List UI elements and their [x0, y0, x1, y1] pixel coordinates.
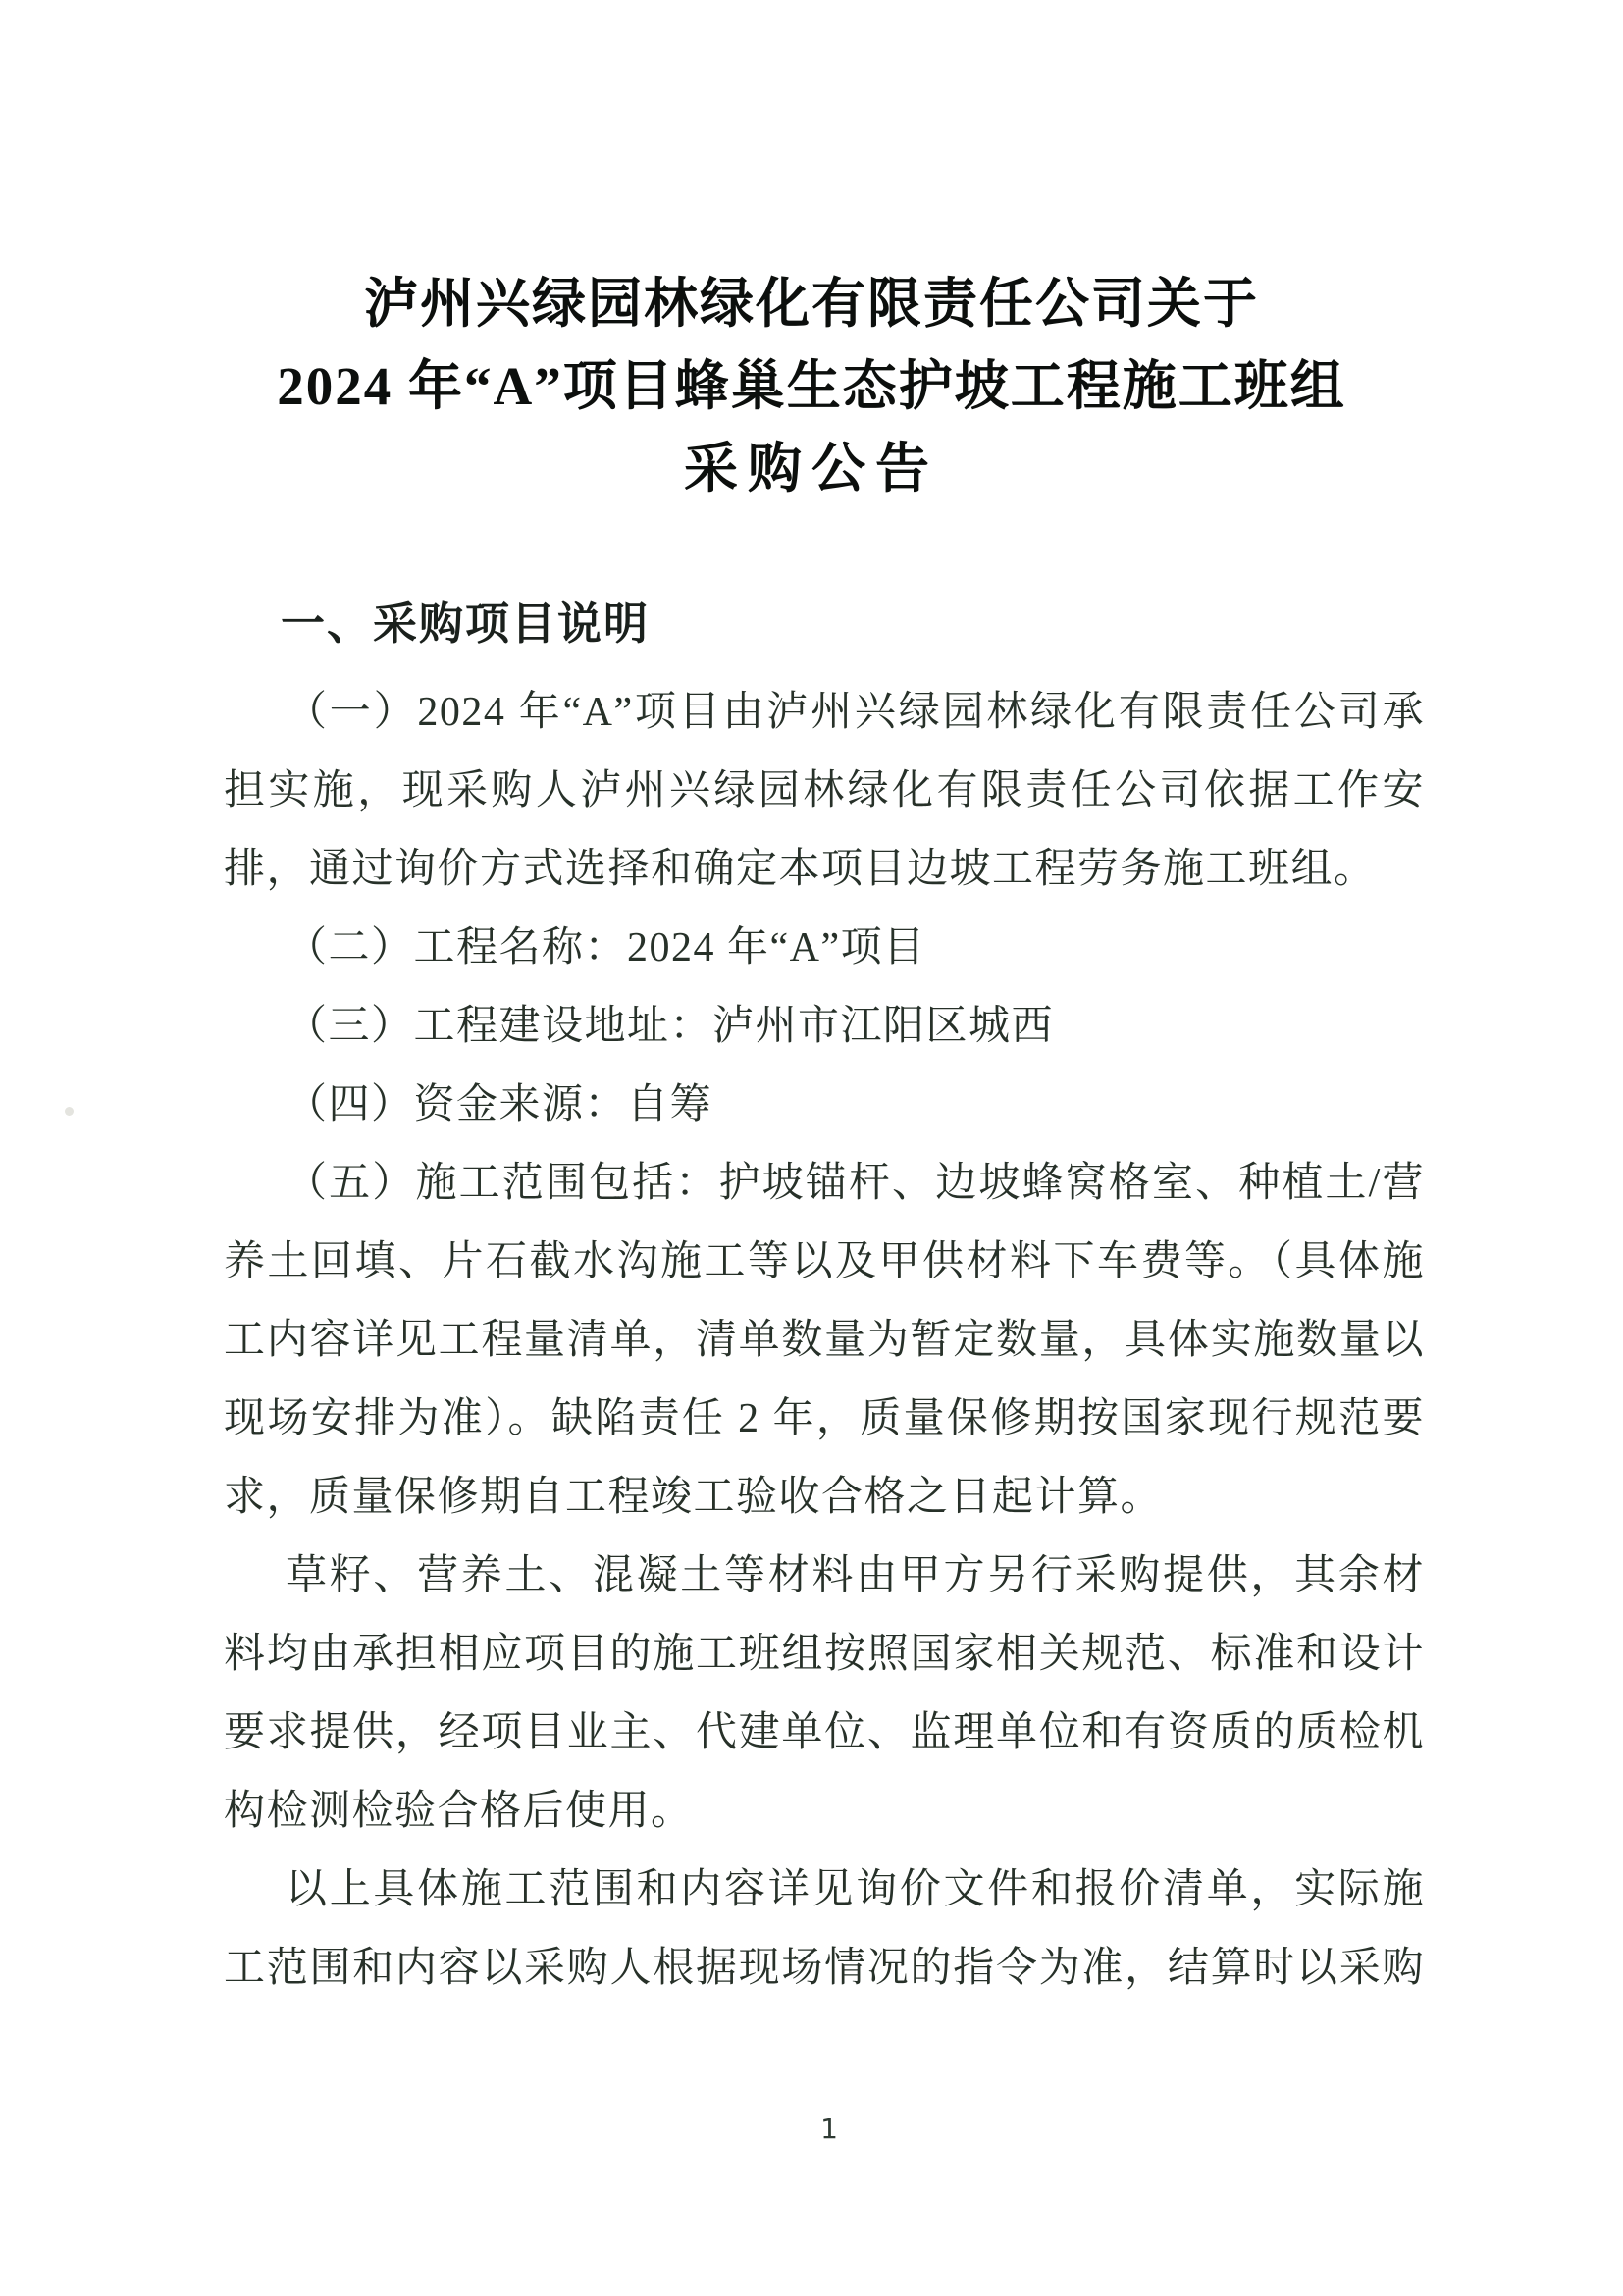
- document-title: 泸州兴绿园林绿化有限责任公司关于 2024 年“A”项目蜂巢生态护坡工程施工班组…: [108, 263, 1515, 510]
- document-title-line-3: 采购公告: [108, 428, 1515, 510]
- document-title-line-1: 泸州兴绿园林绿化有限责任公司关于: [108, 263, 1515, 345]
- paragraph-item-2-project-name: （二）工程名称：2024 年“A”项目: [224, 909, 1425, 987]
- section-heading-procurement-project-description: 一、采购项目说明: [224, 595, 1425, 653]
- scanned-document-page: 泸州兴绿园林绿化有限责任公司关于 2024 年“A”项目蜂巢生态护坡工程施工班组…: [0, 0, 1623, 2296]
- paragraph-scope-details-continued: 以上具体施工范围和内容详见询价文件和报价清单，实际施工范围和内容以采购人根据现场…: [224, 1851, 1425, 2008]
- paragraph-item-1-project-undertaker: （一）2024 年“A”项目由泸州兴绿园林绿化有限责任公司承担实施，现采购人泸州…: [224, 673, 1425, 909]
- document-body: （一）2024 年“A”项目由泸州兴绿园林绿化有限责任公司承担实施，现采购人泸州…: [224, 673, 1425, 2008]
- paragraph-item-4-funding-source: （四）资金来源：自筹: [224, 1066, 1425, 1144]
- paragraph-materials-provision: 草籽、营养土、混凝土等材料由甲方另行采购提供，其余材料均由承担相应项目的施工班组…: [224, 1537, 1425, 1851]
- paragraph-item-3-construction-address: （三）工程建设地址：泸州市江阳区城西: [224, 987, 1425, 1066]
- scan-artifact-speck: [65, 1107, 74, 1116]
- page-number: 1: [18, 2110, 1623, 2149]
- paragraph-item-5-construction-scope: （五）施工范围包括：护坡锚杆、边坡蜂窝格室、种植土/营养土回填、片石截水沟施工等…: [224, 1144, 1425, 1537]
- document-title-line-2: 2024 年“A”项目蜂巢生态护坡工程施工班组: [108, 345, 1515, 428]
